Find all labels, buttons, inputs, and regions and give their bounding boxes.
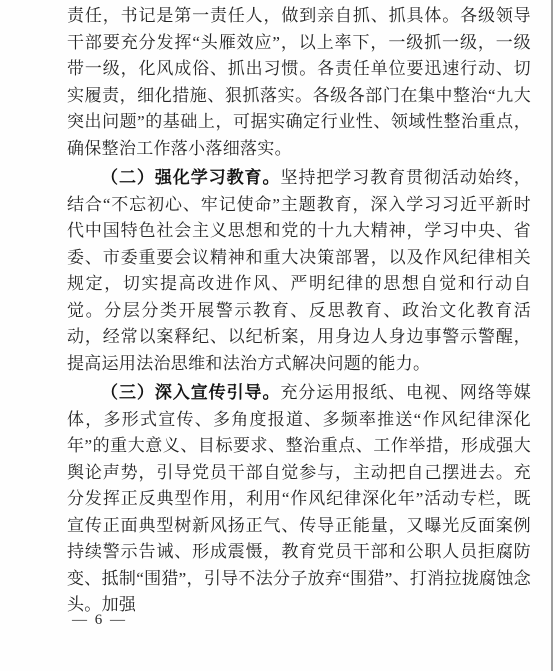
- paragraph-section-3: （三）深入宣传引导。充分运用报纸、电视、网络等媒体，多形式宣传、多角度报道、多频…: [67, 380, 531, 619]
- document-page: 责任，书记是第一责任人，做到亲自抓、抓具体。各级领导干部要充分发挥“头雁效应”，…: [0, 0, 555, 671]
- page-number: — 6 —: [72, 612, 127, 629]
- paragraph-text: 坚持把学习教育贯彻活动始终，结合“不忘初心、牢记使命”主题教育，深入学习习近平新…: [67, 168, 531, 373]
- section-heading-2: （二）强化学习教育。: [101, 168, 280, 187]
- page-edge-line: [551, 0, 553, 671]
- paragraph-text: 充分运用报纸、电视、网络等媒体，多形式宣传、多角度报道、多频率推送“作风纪律深化…: [67, 383, 531, 614]
- section-heading-3: （三）深入宣传引导。: [101, 383, 280, 402]
- paragraph-text: 责任，书记是第一责任人，做到亲自抓、抓具体。各级领导干部要充分发挥“头雁效应”，…: [67, 6, 531, 158]
- paragraph-continuation: 责任，书记是第一责任人，做到亲自抓、抓具体。各级领导干部要充分发挥“头雁效应”，…: [67, 3, 531, 162]
- paragraph-section-2: （二）强化学习教育。坚持把学习教育贯彻活动始终，结合“不忘初心、牢记使命”主题教…: [67, 165, 531, 377]
- document-text-block: 责任，书记是第一责任人，做到亲自抓、抓具体。各级领导干部要充分发挥“头雁效应”，…: [67, 3, 531, 619]
